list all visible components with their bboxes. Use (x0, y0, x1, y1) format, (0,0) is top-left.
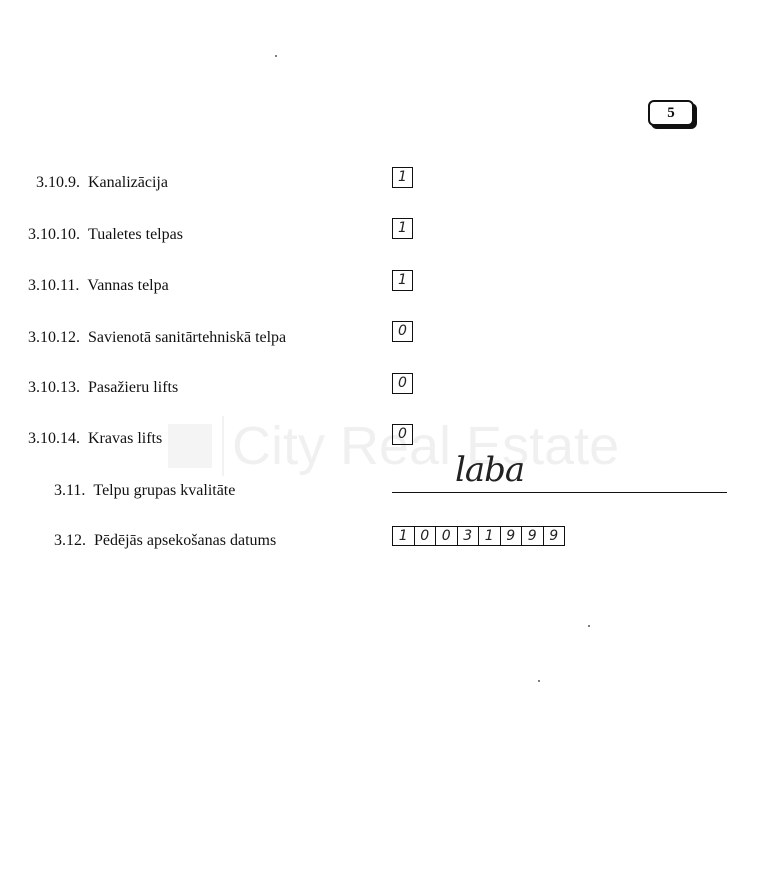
row-savienota-telpa: 3.10.12. Savienotā sanitārtehniskā telpa (28, 329, 286, 347)
quality-handwritten-value: laba (455, 450, 524, 490)
date-digit: 1 (393, 527, 415, 545)
date-digit: 9 (544, 527, 565, 545)
row-label-text: Kravas lifts (88, 430, 162, 447)
date-digit: 3 (458, 527, 480, 545)
row-label-text: Kanalizācija (88, 174, 168, 191)
row-tualetes-telpas: 3.10.10. Tualetes telpas (28, 226, 183, 244)
scan-speck (588, 625, 590, 627)
watermark-divider (222, 416, 224, 476)
row-label-text: Vannas telpa (87, 277, 168, 294)
row-kanalizacija: 3.10.9. Kanalizācija (36, 174, 168, 192)
value-box: 0 (392, 321, 413, 342)
date-digit-boxes: 1 0 0 3 1 9 9 9 (392, 526, 565, 546)
row-vannas-telpa: 3.10.11. Vannas telpa (28, 277, 169, 295)
row-label-text: Pēdējās apsekošanas datums (94, 532, 276, 549)
row-kravas-lifts: 3.10.14. Kravas lifts (28, 430, 162, 448)
scan-speck (275, 55, 277, 57)
row-number: 3.10.12. (28, 329, 80, 346)
date-digit: 0 (415, 527, 437, 545)
row-label-text: Pasažieru lifts (88, 379, 178, 396)
value-box: 1 (392, 218, 413, 239)
row-pasazieru-lifts: 3.10.13. Pasažieru lifts (28, 379, 178, 397)
watermark-logo-icon (168, 424, 212, 468)
quality-underline (392, 492, 727, 493)
row-number: 3.10.11. (28, 277, 79, 294)
row-number: 3.10.10. (28, 226, 80, 243)
row-label-text: Telpu grupas kvalitāte (93, 482, 235, 499)
row-number: 3.11. (54, 482, 85, 499)
date-digit: 9 (522, 527, 544, 545)
date-digit: 0 (436, 527, 458, 545)
row-label-text: Tualetes telpas (88, 226, 183, 243)
value-box: 1 (392, 167, 413, 188)
row-number: 3.10.13. (28, 379, 80, 396)
page-number-badge: 5 (648, 100, 694, 126)
row-label-text: Savienotā sanitārtehniskā telpa (88, 329, 286, 346)
date-digit: 9 (501, 527, 523, 545)
watermark-text: City Real Estate (232, 415, 619, 477)
row-number: 3.10.14. (28, 430, 80, 447)
scan-speck (538, 680, 540, 682)
value-box: 0 (392, 373, 413, 394)
row-apsekosanas-datums: 3.12. Pēdējās apsekošanas datums (54, 532, 276, 550)
row-telpu-grupas-kvalitate: 3.11. Telpu grupas kvalitāte (54, 482, 235, 500)
date-digit: 1 (479, 527, 501, 545)
value-box: 0 (392, 424, 413, 445)
row-number: 3.10.9. (36, 174, 80, 191)
value-box: 1 (392, 270, 413, 291)
row-number: 3.12. (54, 532, 86, 549)
